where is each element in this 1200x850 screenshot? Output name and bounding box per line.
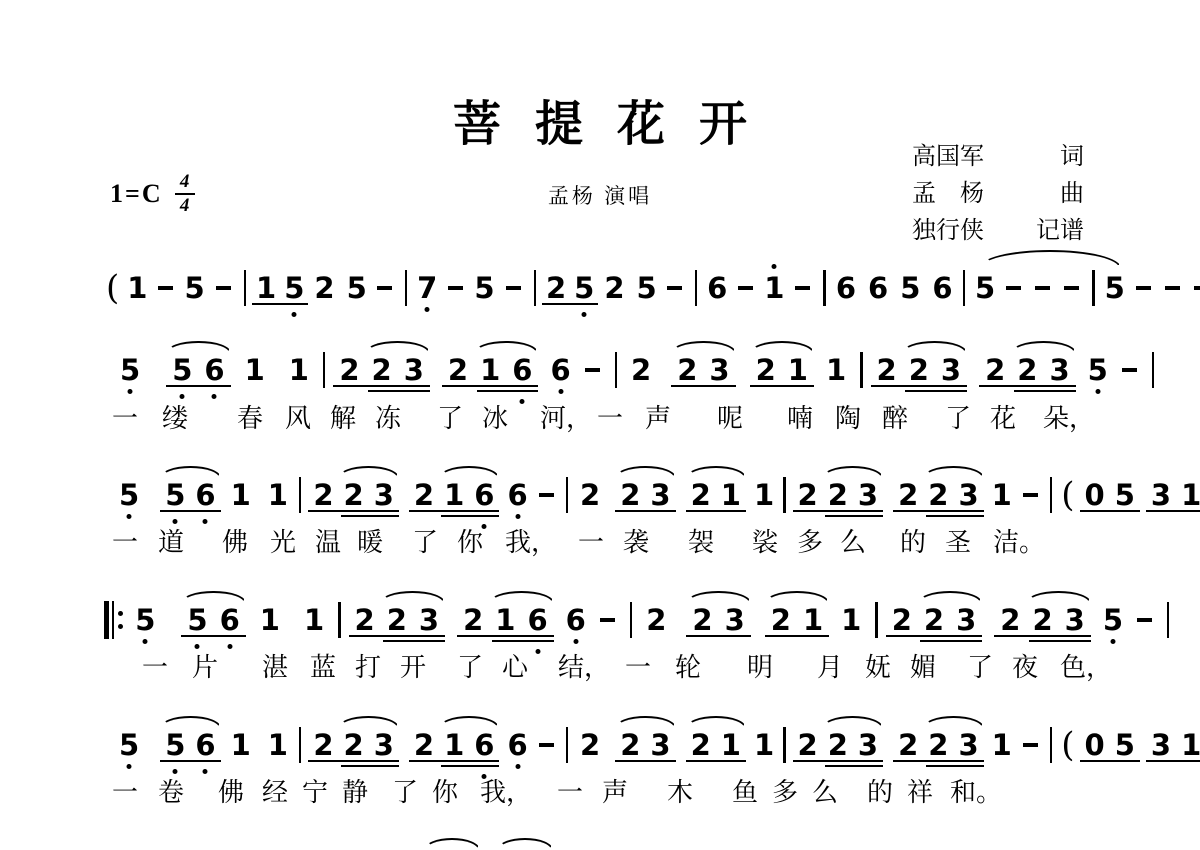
beam-underline	[308, 760, 399, 762]
barline	[1050, 727, 1052, 763]
note-digit: 2	[620, 731, 640, 760]
note: 5	[172, 355, 192, 385]
lyric-syllable: 轮	[675, 651, 701, 685]
note: 6	[707, 273, 727, 303]
repeat-dots	[118, 611, 123, 629]
lyric-syllable: 鱼	[732, 776, 758, 810]
note-group: 216	[442, 355, 539, 385]
octave-dot-low	[1095, 389, 1100, 394]
credit-role: 词	[1060, 139, 1084, 176]
slur	[765, 591, 829, 603]
beam-underline	[349, 635, 446, 637]
beam-underline	[825, 765, 883, 767]
note-digit: 1	[721, 481, 741, 510]
notation-line-3: 5561122321662232112232231(05311)	[114, 465, 1200, 525]
lyric-syllable: 的	[900, 526, 926, 560]
note: 2	[877, 355, 897, 385]
barline	[299, 477, 301, 513]
lyric-syllable: 一	[597, 402, 623, 436]
note-digit: 1	[841, 606, 861, 635]
note-digit: 1	[754, 731, 774, 760]
note-digit: 6	[707, 274, 727, 303]
lyrics-line-2: 一道佛光温暖了你我，一袭袈裟多么的圣洁。	[0, 526, 1200, 560]
note-digit: 3	[941, 356, 961, 385]
beam-underline	[477, 390, 539, 392]
lyric-syllable: 心	[502, 651, 528, 685]
note-digit: 1	[256, 274, 276, 303]
note-digit: 6	[507, 481, 527, 510]
octave-dot-low	[203, 769, 208, 774]
note-digit: 5	[165, 731, 185, 760]
lyric-syllable: 一	[112, 402, 138, 436]
note-group: 05	[1080, 480, 1140, 510]
beam-underline	[1146, 760, 1200, 762]
note: 2	[771, 605, 791, 635]
credits-block: 高国军 词 孟 杨 曲 独行侠 记谱	[912, 139, 1084, 250]
note: 3	[1049, 355, 1069, 385]
note-digit: 6	[566, 606, 586, 635]
note-group: 223	[308, 730, 399, 760]
slur	[750, 341, 814, 353]
slur	[439, 466, 500, 478]
note-digit: 1	[480, 356, 500, 385]
note-group: 05	[1080, 730, 1140, 760]
octave-dot-low	[127, 764, 132, 769]
octave-dot-low	[195, 644, 200, 649]
lyric-syllable: 打	[355, 651, 381, 685]
note-digit: 3	[956, 606, 976, 635]
beam-underline	[893, 510, 984, 512]
note-digit: 6	[550, 356, 570, 385]
note-group: 223	[349, 605, 446, 635]
lyric-syllable: 春	[237, 402, 263, 436]
beam-underline	[905, 390, 967, 392]
credit-composer: 孟 杨 曲	[912, 176, 1084, 213]
note: 1	[444, 480, 464, 510]
note: 1	[480, 355, 500, 385]
note: 1	[268, 480, 288, 510]
note: 3	[958, 480, 978, 510]
note-digit: 1	[127, 274, 147, 303]
parenthesis: (	[1061, 728, 1074, 762]
note: 1	[231, 480, 251, 510]
note: 1	[992, 480, 1012, 510]
note-digit: 3	[419, 606, 439, 635]
note-digit: 5	[474, 274, 494, 303]
note: 2	[463, 605, 483, 635]
beam-underline	[765, 635, 829, 637]
time-signature-top: 4	[180, 172, 190, 192]
lyric-syllable: 我，	[505, 526, 557, 560]
note: 3	[650, 480, 670, 510]
note: 2	[580, 730, 600, 760]
duration-dash	[448, 286, 463, 290]
lyric-syllable: 解	[330, 402, 356, 436]
beam-underline	[926, 515, 984, 517]
lyric-syllable: 么	[840, 526, 866, 560]
lyric-syllable: 温	[315, 526, 341, 560]
note-digit: 5	[637, 274, 657, 303]
lyric-syllable: 河，	[540, 402, 592, 436]
beam-underline	[181, 635, 245, 637]
note-digit: 2	[771, 606, 791, 635]
note-digit: 2	[898, 731, 918, 760]
note-digit: 6	[932, 274, 952, 303]
lyric-syllable: 洁。	[993, 526, 1045, 560]
note-digit: 2	[677, 356, 697, 385]
barline	[244, 270, 246, 306]
note: 3	[709, 355, 729, 385]
barline	[630, 602, 632, 638]
note: 3	[419, 605, 439, 635]
note-digit: 6	[474, 481, 494, 510]
slur	[380, 591, 445, 603]
lyric-syllable: 宁	[302, 776, 328, 810]
note-digit: 1	[754, 481, 774, 510]
note-digit: 2	[692, 606, 712, 635]
note-digit: 2	[928, 731, 948, 760]
note-digit: 6	[527, 606, 547, 635]
note-digit: 5	[135, 606, 155, 635]
note-digit: 1	[289, 356, 309, 385]
note-digit: 2	[414, 481, 434, 510]
lyric-syllable: 媚	[910, 651, 936, 685]
note: 1	[754, 730, 774, 760]
slur	[1011, 341, 1076, 353]
duration-dash	[1136, 286, 1151, 290]
lyric-syllable: 冻	[375, 402, 401, 436]
lyric-syllable: 袈	[688, 526, 714, 560]
note: 1	[495, 605, 515, 635]
octave-dot-low	[173, 769, 178, 774]
beam-underline	[441, 765, 499, 767]
note: 1	[721, 730, 741, 760]
barline	[783, 477, 785, 513]
lyric-syllable: 风	[285, 402, 311, 436]
note-digit: 2	[313, 481, 333, 510]
beam-underline	[368, 390, 430, 392]
note: 2	[1000, 605, 1020, 635]
note-digit: 2	[828, 731, 848, 760]
beam-underline	[442, 385, 539, 387]
lyric-syllable: 朵，	[1043, 402, 1095, 436]
notation-line-1: (15152575252561665655)	[102, 258, 1200, 318]
credit-role: 曲	[1060, 176, 1084, 213]
lyric-syllable: 片	[192, 651, 218, 685]
note-digit: 2	[909, 356, 929, 385]
beam-underline	[383, 640, 445, 642]
note: 1	[444, 730, 464, 760]
lyric-syllable: 妩	[865, 651, 891, 685]
note: 1	[803, 605, 823, 635]
notation-line-4: 5561122321662232112232235	[104, 590, 1177, 650]
note: 3	[956, 605, 976, 635]
beam-underline	[308, 510, 399, 512]
note-digit: 6	[868, 274, 888, 303]
note-digit: 2	[898, 481, 918, 510]
note-digit: 2	[756, 356, 776, 385]
note-digit: 1	[444, 481, 464, 510]
beam-underline	[1080, 510, 1140, 512]
note-digit: 3	[725, 606, 745, 635]
credit-transcriber: 独行侠 记谱	[912, 213, 1084, 250]
note-digit: 3	[650, 481, 670, 510]
note-digit: 5	[347, 274, 367, 303]
note-group: 23	[615, 730, 675, 760]
lyric-syllable: 木	[667, 776, 693, 810]
note-digit: 2	[892, 606, 912, 635]
note-group: 23	[686, 605, 750, 635]
note-digit: 2	[828, 481, 848, 510]
repeat-begin-sign	[104, 601, 123, 639]
note-digit: 3	[650, 731, 670, 760]
note: 0	[1085, 480, 1105, 510]
octave-dot-low	[180, 394, 185, 399]
slur	[338, 466, 399, 478]
beam-underline	[542, 303, 598, 305]
note: 1	[841, 605, 861, 635]
note: 2	[314, 273, 334, 303]
note: 1	[826, 355, 846, 385]
note-digit: 2	[1000, 606, 1020, 635]
note: 2	[372, 355, 392, 385]
octave-dot-low	[127, 514, 132, 519]
note: 2	[546, 273, 566, 303]
note: 5	[474, 273, 494, 303]
note: 6	[474, 480, 494, 510]
note: 2	[313, 730, 333, 760]
note: 5	[187, 605, 207, 635]
lyric-syllable: 你	[432, 776, 458, 810]
note-digit: 7	[417, 274, 437, 303]
note: 3	[374, 730, 394, 760]
note-digit: 6	[204, 356, 224, 385]
duration-dash	[600, 618, 615, 622]
slur	[822, 466, 883, 478]
note: 3	[374, 480, 394, 510]
lyric-syllable: 一	[112, 526, 138, 560]
slur	[918, 591, 983, 603]
lyric-syllable: 静	[342, 776, 368, 810]
lyric-syllable: 佛	[222, 526, 248, 560]
note: 6	[550, 355, 570, 385]
credit-name: 孟 杨	[912, 176, 984, 213]
note: 2	[898, 730, 918, 760]
barline	[299, 727, 301, 763]
lyric-syllable: 多	[772, 776, 798, 810]
note-digit: 1	[992, 481, 1012, 510]
lyric-syllable: 开	[400, 651, 426, 685]
note-group: 223	[871, 355, 968, 385]
note: 2	[798, 480, 818, 510]
note-digit: 1	[231, 481, 251, 510]
octave-dot-low	[292, 312, 297, 317]
note-digit: 2	[314, 274, 334, 303]
octave-dot-low	[425, 307, 430, 312]
note-digit: 2	[448, 356, 468, 385]
note: 1	[268, 730, 288, 760]
note: 3	[404, 355, 424, 385]
slur	[181, 591, 245, 603]
note-digit: 3	[958, 481, 978, 510]
parenthesis: (	[1061, 478, 1074, 512]
note-digit: 2	[387, 606, 407, 635]
note-digit: 2	[691, 731, 711, 760]
note: 1	[1181, 730, 1200, 760]
barline	[1167, 602, 1169, 638]
credit-name: 独行侠	[912, 213, 984, 250]
lyric-syllable: 月	[817, 651, 843, 685]
barline	[323, 352, 325, 388]
barline	[783, 727, 785, 763]
lyric-syllable: 光	[270, 526, 296, 560]
note-digit: 1	[992, 731, 1012, 760]
note-digit: 2	[313, 731, 333, 760]
note: 1	[289, 355, 309, 385]
note-group: 15	[252, 273, 308, 303]
note-digit: 5	[1088, 356, 1108, 385]
lyric-syllable: 明	[747, 651, 773, 685]
note-digit: 5	[184, 274, 204, 303]
parenthesis: (	[106, 271, 119, 305]
note: 6	[868, 273, 888, 303]
beam-underline	[333, 385, 430, 387]
note: 5	[637, 273, 657, 303]
duration-dash	[738, 286, 753, 290]
octave-dot-high	[772, 264, 777, 269]
note-digit: 5	[574, 274, 594, 303]
slur	[1026, 591, 1091, 603]
note: 6	[195, 480, 215, 510]
note: 5	[165, 480, 185, 510]
lyric-syllable: 暖	[357, 526, 383, 560]
lyric-syllable: 蓝	[310, 651, 336, 685]
note-digit: 5	[119, 731, 139, 760]
note-group: 25	[542, 273, 598, 303]
note: 6	[836, 273, 856, 303]
note: 2	[909, 355, 929, 385]
note: 2	[928, 480, 948, 510]
octave-dot-low	[515, 764, 520, 769]
notation-line-2: 5561122321662232112232235	[114, 340, 1162, 400]
barline	[823, 270, 825, 306]
barline	[875, 602, 877, 638]
beam-underline	[920, 640, 982, 642]
note: 6	[527, 605, 547, 635]
note-group: 223	[893, 480, 984, 510]
note: 1	[764, 273, 784, 303]
slur	[671, 341, 735, 353]
barline	[963, 270, 965, 306]
note-digit: 1	[444, 731, 464, 760]
lyric-syllable: 湛	[262, 651, 288, 685]
note-digit: 6	[507, 731, 527, 760]
note: 2	[898, 480, 918, 510]
note-digit: 5	[1115, 481, 1135, 510]
repeat-thick-bar	[104, 601, 109, 639]
note-digit: 5	[172, 356, 192, 385]
credit-name: 高国军	[912, 139, 984, 176]
note: 1	[304, 605, 324, 635]
beam-underline	[893, 760, 984, 762]
note-digit: 5	[119, 481, 139, 510]
note: 2	[414, 730, 434, 760]
slur	[474, 341, 539, 353]
lyric-syllable: 我，	[480, 776, 532, 810]
octave-dot-low	[203, 519, 208, 524]
note: 3	[858, 730, 878, 760]
note-digit: 5	[1115, 731, 1135, 760]
lyric-syllable: 和。	[950, 776, 1002, 810]
note: 2	[828, 480, 848, 510]
note-group: 55	[971, 270, 1129, 306]
lyric-syllable: 呢	[717, 402, 743, 436]
note-group: 31	[1146, 480, 1200, 510]
note: 6	[195, 730, 215, 760]
note-digit: 2	[646, 606, 666, 635]
note-digit: 3	[958, 731, 978, 760]
note: 3	[725, 605, 745, 635]
lyrics-line-1: 一缕春风解冻了冰河，一声呢喃陶醉了花朵，	[0, 402, 1200, 436]
octave-dot-low	[573, 639, 578, 644]
lyric-syllable: 卷	[158, 776, 184, 810]
note: 0	[1085, 730, 1105, 760]
lyric-syllable: 花	[990, 402, 1016, 436]
note: 2	[604, 273, 624, 303]
duration-dash	[1023, 493, 1038, 497]
note: 3	[1151, 480, 1171, 510]
lyric-syllable: 喃	[787, 402, 813, 436]
note-digit: 2	[344, 731, 364, 760]
slur	[822, 716, 883, 728]
note-digit: 5	[975, 274, 995, 303]
note-digit: 2	[344, 481, 364, 510]
duration-dash	[1165, 286, 1180, 290]
note: 2	[691, 480, 711, 510]
beam-underline	[686, 760, 746, 762]
note: 1	[127, 273, 147, 303]
note-group: 223	[308, 480, 399, 510]
note: 2	[344, 480, 364, 510]
note: 3	[1151, 730, 1171, 760]
lyric-syllable: 了	[437, 402, 463, 436]
note-digit: 1	[268, 481, 288, 510]
note: 2	[798, 730, 818, 760]
note-digit: 0	[1085, 731, 1105, 760]
note: 1	[1181, 480, 1200, 510]
note-digit: 6	[195, 731, 215, 760]
octave-dot-low	[1110, 639, 1115, 644]
notation-line-5: 5561122321662232112232231(05311)	[114, 715, 1200, 775]
note: 6	[566, 605, 586, 635]
note: 2	[414, 480, 434, 510]
slur	[923, 466, 984, 478]
note: 5	[284, 273, 304, 303]
lyric-syllable: 一	[112, 776, 138, 810]
note: 6	[512, 355, 532, 385]
slur	[166, 341, 230, 353]
slur	[439, 716, 500, 728]
note-digit: 0	[1085, 481, 1105, 510]
beam-underline	[252, 303, 308, 305]
slur	[979, 250, 1121, 268]
note: 5	[1088, 355, 1108, 385]
note-digit: 3	[1151, 481, 1171, 510]
note: 1	[721, 480, 741, 510]
note-digit: 2	[877, 356, 897, 385]
note: 2	[620, 480, 640, 510]
note-digit: 5	[1103, 606, 1123, 635]
